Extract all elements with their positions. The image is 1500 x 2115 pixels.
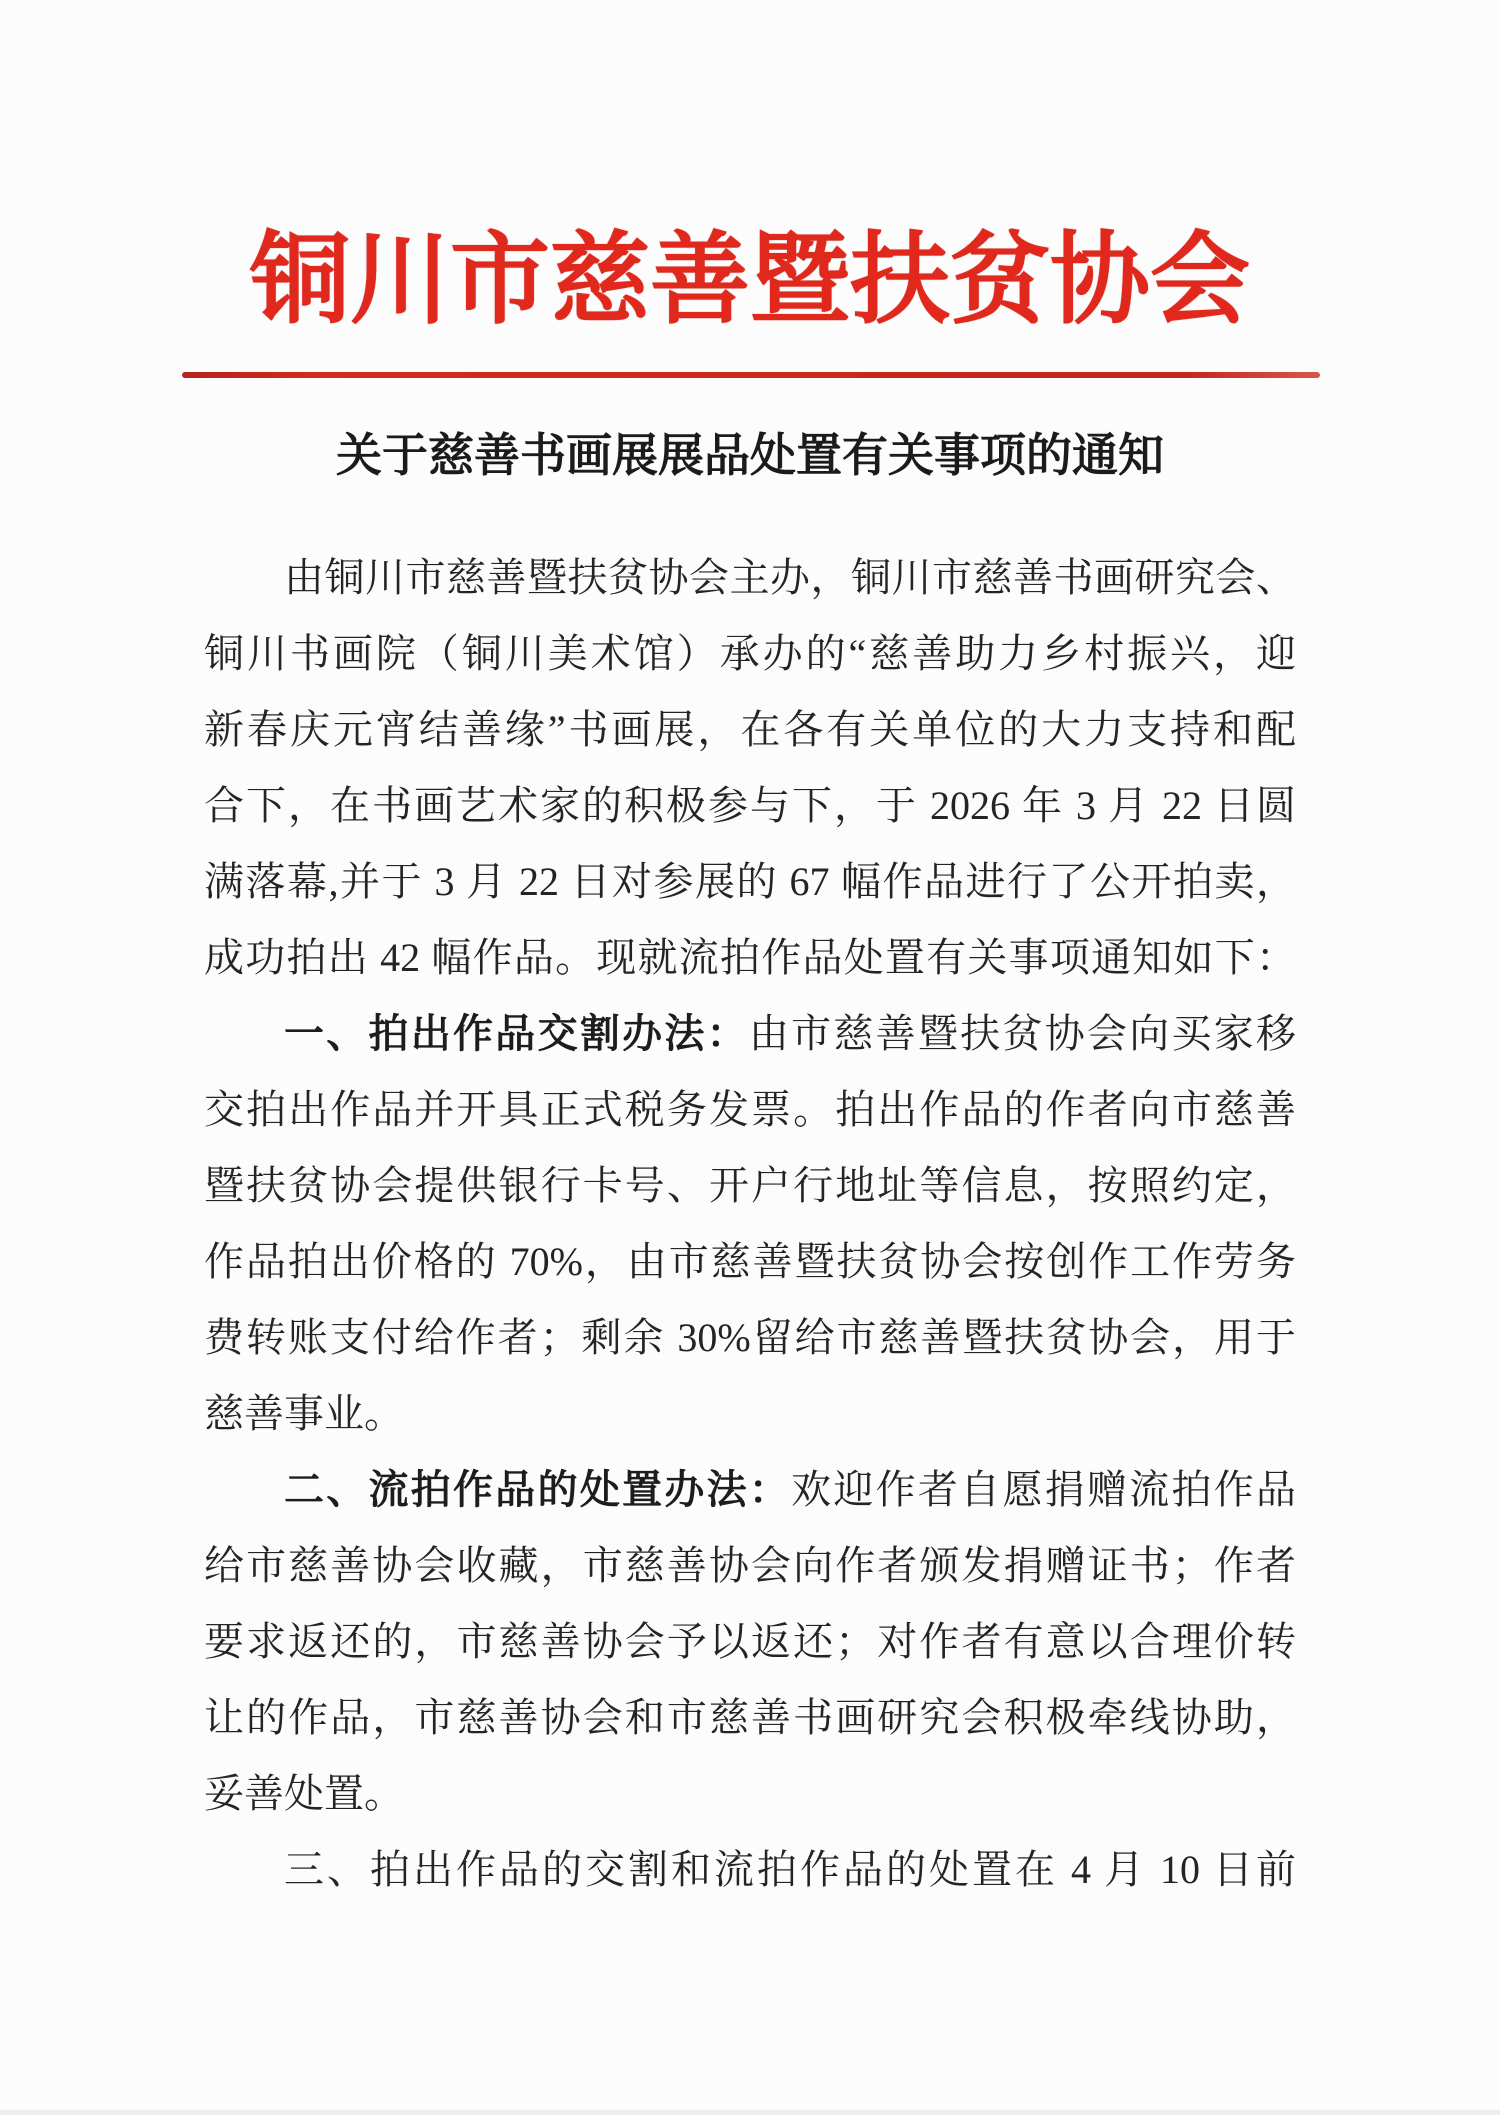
document-body: 由铜川市慈善暨扶贫协会主办，铜川市慈善书画研究会、 铜川书画院（铜川美术馆）承办… [204,540,1296,1908]
line-text: 费转账支付给作者；剩余 30%留给市慈善暨扶贫协会，用于 [204,1315,1296,1360]
section-1-heading: 一、拍出作品交割办法： [284,1011,749,1056]
line-text: 要求返还的，市慈善协会予以返还；对作者有意以合理价转 [204,1619,1296,1664]
document-page: 铜川市慈善暨扶贫协会 关于慈善书画展展品处置有关事项的通知 由铜川市慈善暨扶贫协… [0,0,1500,2115]
body-line: 慈善事业。 [204,1376,1296,1452]
scan-bottom-edge [0,2110,1500,2115]
line-text: 铜川书画院（铜川美术馆）承办的“慈善助力乡村振兴，迎 [204,631,1296,676]
line-text: 妥善处置。 [204,1771,404,1816]
body-line: 交拍出作品并开具正式税务发票。拍出作品的作者向市慈善 [204,1072,1296,1148]
body-line: 新春庆元宵结善缘”书画展，在各有关单位的大力支持和配 [204,692,1296,768]
line-text: 由铜川市慈善暨扶贫协会主办，铜川市慈善书画研究会、 [284,555,1296,600]
body-line: 由铜川市慈善暨扶贫协会主办，铜川市慈善书画研究会、 [204,540,1296,616]
line-text: 成功拍出 42 幅作品。现就流拍作品处置有关事项通知如下： [204,935,1296,980]
body-line: 作品拍出价格的 70%，由市慈善暨扶贫协会按创作工作劳务 [204,1224,1296,1300]
line-text: 合下，在书画艺术家的积极参与下，于 2026 年 3 月 22 日圆 [204,783,1296,828]
line-text: 三、拍出作品的交割和流拍作品的处置在 4 月 10 日前 [284,1847,1296,1892]
body-line: 要求返还的，市慈善协会予以返还；对作者有意以合理价转 [204,1604,1296,1680]
body-line: 满落幕,并于 3 月 22 日对参展的 67 幅作品进行了公开拍卖， [204,844,1296,920]
letterhead-org-title: 铜川市慈善暨扶贫协会 [0,222,1500,340]
line-text: 让的作品，市慈善协会和市慈善书画研究会积极牵线协助， [204,1695,1296,1740]
line-text: 新春庆元宵结善缘”书画展，在各有关单位的大力支持和配 [204,707,1296,752]
body-line: 暨扶贫协会提供银行卡号、开户行地址等信息，按照约定， [204,1148,1296,1224]
line-text: 给市慈善协会收藏，市慈善协会向作者颁发捐赠证书；作者 [204,1543,1296,1588]
body-line: 让的作品，市慈善协会和市慈善书画研究会积极牵线协助， [204,1680,1296,1756]
body-line: 合下，在书画艺术家的积极参与下，于 2026 年 3 月 22 日圆 [204,768,1296,844]
body-line-section-1: 一、拍出作品交割办法：由市慈善暨扶贫协会向买家移 [204,996,1296,1072]
body-line-section-2: 二、流拍作品的处置办法：欢迎作者自愿捐赠流拍作品 [204,1452,1296,1528]
section-2-heading: 二、流拍作品的处置办法： [284,1467,791,1512]
line-text: 欢迎作者自愿捐赠流拍作品 [791,1467,1296,1512]
letterhead-divider-rule [182,372,1320,378]
body-line: 给市慈善协会收藏，市慈善协会向作者颁发捐赠证书；作者 [204,1528,1296,1604]
line-text: 交拍出作品并开具正式税务发票。拍出作品的作者向市慈善 [204,1087,1296,1132]
body-line: 妥善处置。 [204,1756,1296,1832]
line-text: 慈善事业。 [204,1391,404,1436]
line-text: 作品拍出价格的 70%，由市慈善暨扶贫协会按创作工作劳务 [204,1239,1296,1284]
document-title: 关于慈善书画展展品处置有关事项的通知 [0,426,1500,486]
line-text: 暨扶贫协会提供银行卡号、开户行地址等信息，按照约定， [204,1163,1296,1208]
body-line: 铜川书画院（铜川美术馆）承办的“慈善助力乡村振兴，迎 [204,616,1296,692]
body-line: 成功拍出 42 幅作品。现就流拍作品处置有关事项通知如下： [204,920,1296,996]
body-line-section-3: 三、拍出作品的交割和流拍作品的处置在 4 月 10 日前 [204,1832,1296,1908]
line-text: 由市慈善暨扶贫协会向买家移 [749,1011,1296,1056]
body-line: 费转账支付给作者；剩余 30%留给市慈善暨扶贫协会，用于 [204,1300,1296,1376]
line-text: 满落幕,并于 3 月 22 日对参展的 67 幅作品进行了公开拍卖， [204,859,1296,904]
